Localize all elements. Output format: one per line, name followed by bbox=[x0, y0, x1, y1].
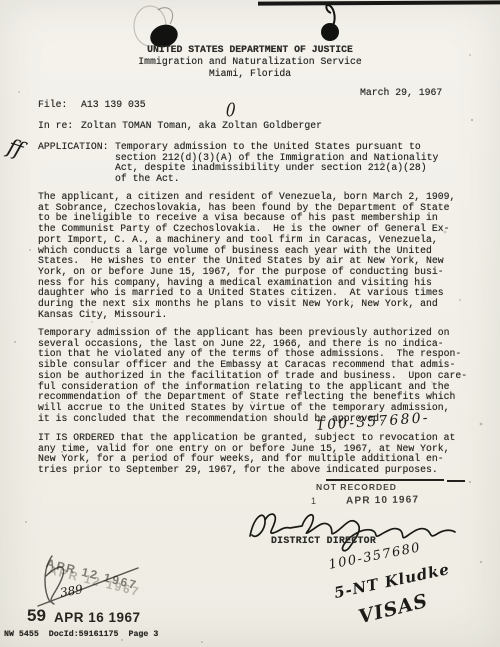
service-name: Immigration and Naturalization Service bbox=[0, 57, 500, 68]
agency-name: UNITED STATES DEPARTMENT OF JUSTICE bbox=[0, 45, 500, 56]
scanned-document-page: UNITED STATES DEPARTMENT OF JUSTICE Immi… bbox=[0, 0, 500, 647]
in-re-label: In re: bbox=[38, 121, 73, 132]
application-text: Temporary admission to the United States… bbox=[115, 142, 438, 185]
body-paragraph-1: The applicant, a citizen and resident of… bbox=[38, 192, 455, 320]
pen-underline-tail bbox=[447, 480, 465, 482]
bottom-stamp-prefix: 59 bbox=[27, 606, 46, 626]
handwritten-zero: 0 bbox=[225, 98, 236, 121]
document-date: March 29, 1967 bbox=[360, 88, 442, 99]
pen-underline bbox=[326, 479, 444, 481]
subject-name: Zoltan TOMAN Toman, aka Zoltan Goldberge… bbox=[81, 121, 322, 132]
signer-title: DISTRICT DIRECTOR bbox=[271, 536, 376, 547]
application-label: APPLICATION: bbox=[38, 142, 109, 153]
archive-footer: NW 5455 DocId:59161175 Page 3 bbox=[4, 630, 158, 641]
office-location: Miami, Florida bbox=[0, 69, 500, 80]
body-paragraph-2: Temporary admission of the applicant has… bbox=[38, 328, 467, 424]
file-number: A13 139 035 bbox=[81, 100, 146, 111]
pen-scribble-over-stamp bbox=[30, 546, 160, 612]
handwritten-visas-note: VISAS bbox=[356, 590, 430, 628]
bottom-date-stamp: APR 16 1967 bbox=[54, 610, 141, 625]
file-label: File: bbox=[38, 100, 67, 111]
body-paragraph-3: IT IS ORDERED that the application be gr… bbox=[38, 433, 455, 476]
margin-initials-handwriting: ff bbox=[5, 134, 27, 161]
not-recorded-stamp: NOT RECORDED bbox=[316, 482, 397, 492]
